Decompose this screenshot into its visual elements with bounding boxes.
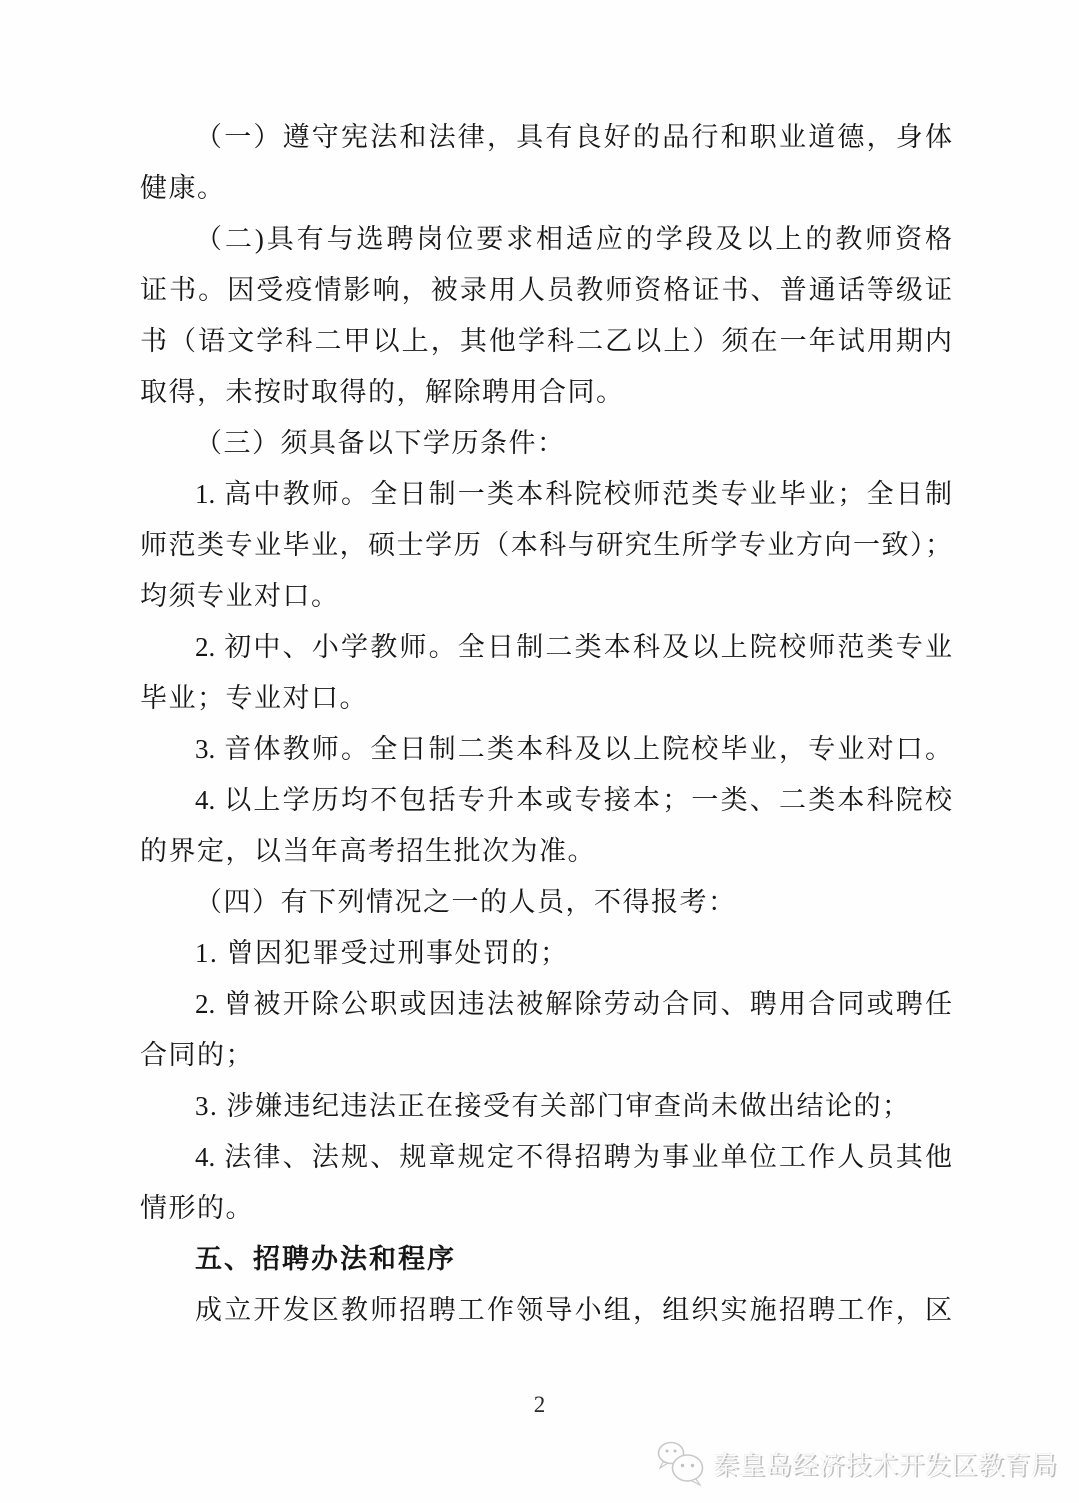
text-line: 的界定，以当年高考招生批次为准。 [140, 826, 952, 877]
text-line: 五、招聘办法和程序 [140, 1234, 952, 1285]
document-page: （一）遵守宪法和法律，具有良好的品行和职业道德，身体健康。（二)具有与选聘岗位要… [0, 0, 1079, 1503]
text-line: 成立开发区教师招聘工作领导小组，组织实施招聘工作，区 [140, 1285, 952, 1336]
text-line: 健康。 [140, 163, 952, 214]
text-line: 情形的。 [140, 1183, 952, 1234]
wechat-icon [656, 1439, 706, 1487]
watermark-text: 秦皇岛经济技术开发区教育局 [713, 1445, 1058, 1482]
text-line: 1. 高中教师。全日制一类本科院校师范类专业毕业；全日制 [140, 469, 952, 520]
text-line: 证书。因受疫情影响，被录用人员教师资格证书、普通话等级证 [140, 265, 952, 316]
text-line: （一）遵守宪法和法律，具有良好的品行和职业道德，身体 [140, 112, 952, 163]
text-line: 3. 音体教师。全日制二类本科及以上院校毕业，专业对口。 [140, 724, 952, 775]
text-line: 4. 以上学历均不包括专升本或专接本；一类、二类本科院校 [140, 775, 952, 826]
text-line: （二)具有与选聘岗位要求相适应的学段及以上的教师资格 [140, 214, 952, 265]
text-line: 合同的； [140, 1030, 952, 1081]
text-line: 3. 涉嫌违纪违法正在接受有关部门审查尚未做出结论的； [140, 1081, 952, 1132]
text-line: （三）须具备以下学历条件： [140, 418, 952, 469]
text-line: 取得，未按时取得的，解除聘用合同。 [140, 367, 952, 418]
page-number: 2 [0, 1392, 1079, 1418]
text-line: 书（语文学科二甲以上，其他学科二乙以上）须在一年试用期内 [140, 316, 952, 367]
watermark: 秦皇岛经济技术开发区教育局 [656, 1434, 1058, 1492]
text-line: （四）有下列情况之一的人员，不得报考： [140, 877, 952, 928]
text-line: 2. 曾被开除公职或因违法被解除劳动合同、聘用合同或聘任 [140, 979, 952, 1030]
text-line: 1. 曾因犯罪受过刑事处罚的； [140, 928, 952, 979]
text-line: 2. 初中、小学教师。全日制二类本科及以上院校师范类专业 [140, 622, 952, 673]
text-line: 均须专业对口。 [140, 571, 952, 622]
text-line: 师范类专业毕业，硕士学历（本科与研究生所学专业方向一致）； [140, 520, 952, 571]
text-line: 4. 法律、法规、规章规定不得招聘为事业单位工作人员其他 [140, 1132, 952, 1183]
document-body: （一）遵守宪法和法律，具有良好的品行和职业道德，身体健康。（二)具有与选聘岗位要… [140, 112, 952, 1336]
text-line: 毕业；专业对口。 [140, 673, 952, 724]
